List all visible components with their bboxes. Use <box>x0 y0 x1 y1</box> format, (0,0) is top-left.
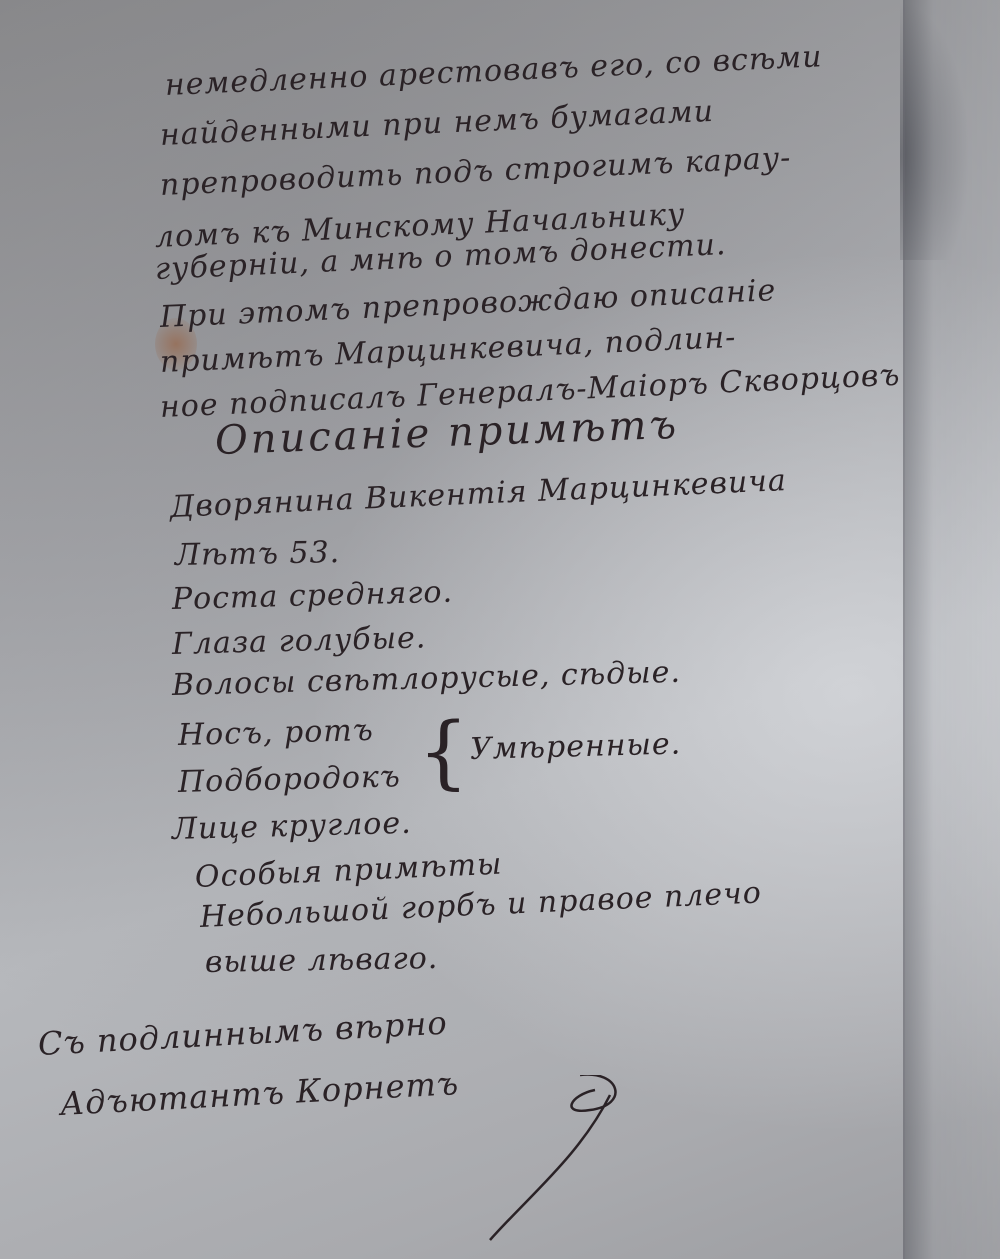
signature-line-2: Адъютантъ Корнетъ <box>59 1064 460 1123</box>
chin-line: Подбородокъ <box>178 759 402 800</box>
face-line: Лице круглое. <box>172 806 413 847</box>
page-fold-edge <box>903 0 1000 1259</box>
age-line: Лѣтъ 53. <box>175 535 341 573</box>
body-line-2: найденными при немъ бумагами <box>159 94 714 153</box>
signature-line-1: Съ подлиннымъ вѣрно <box>37 1004 448 1063</box>
brace-symbol: { <box>418 712 469 792</box>
eyes-line: Глаза голубые. <box>172 620 427 662</box>
nose-mouth-line: Носъ, ротъ <box>178 713 375 753</box>
special-marks-heading: Особыя примѣты <box>194 847 503 895</box>
brace-value: Умѣренные. <box>470 726 682 767</box>
body-line-3: препроводить подъ строгимъ карау- <box>159 140 792 203</box>
manuscript-page: немедленно арестовавъ его, со всѣми найд… <box>0 0 1000 1259</box>
subject-line: Дворянина Викентія Марцинкевича <box>169 463 787 525</box>
hair-line: Волосы свѣтлорусые, сѣдые. <box>172 655 682 703</box>
body-line-1: немедленно арестовавъ его, со всѣми <box>164 39 823 103</box>
signature-flourish <box>470 1075 650 1245</box>
special-marks-line-2: выше лѣваго. <box>205 941 439 980</box>
height-line: Роста средняго. <box>172 575 454 617</box>
